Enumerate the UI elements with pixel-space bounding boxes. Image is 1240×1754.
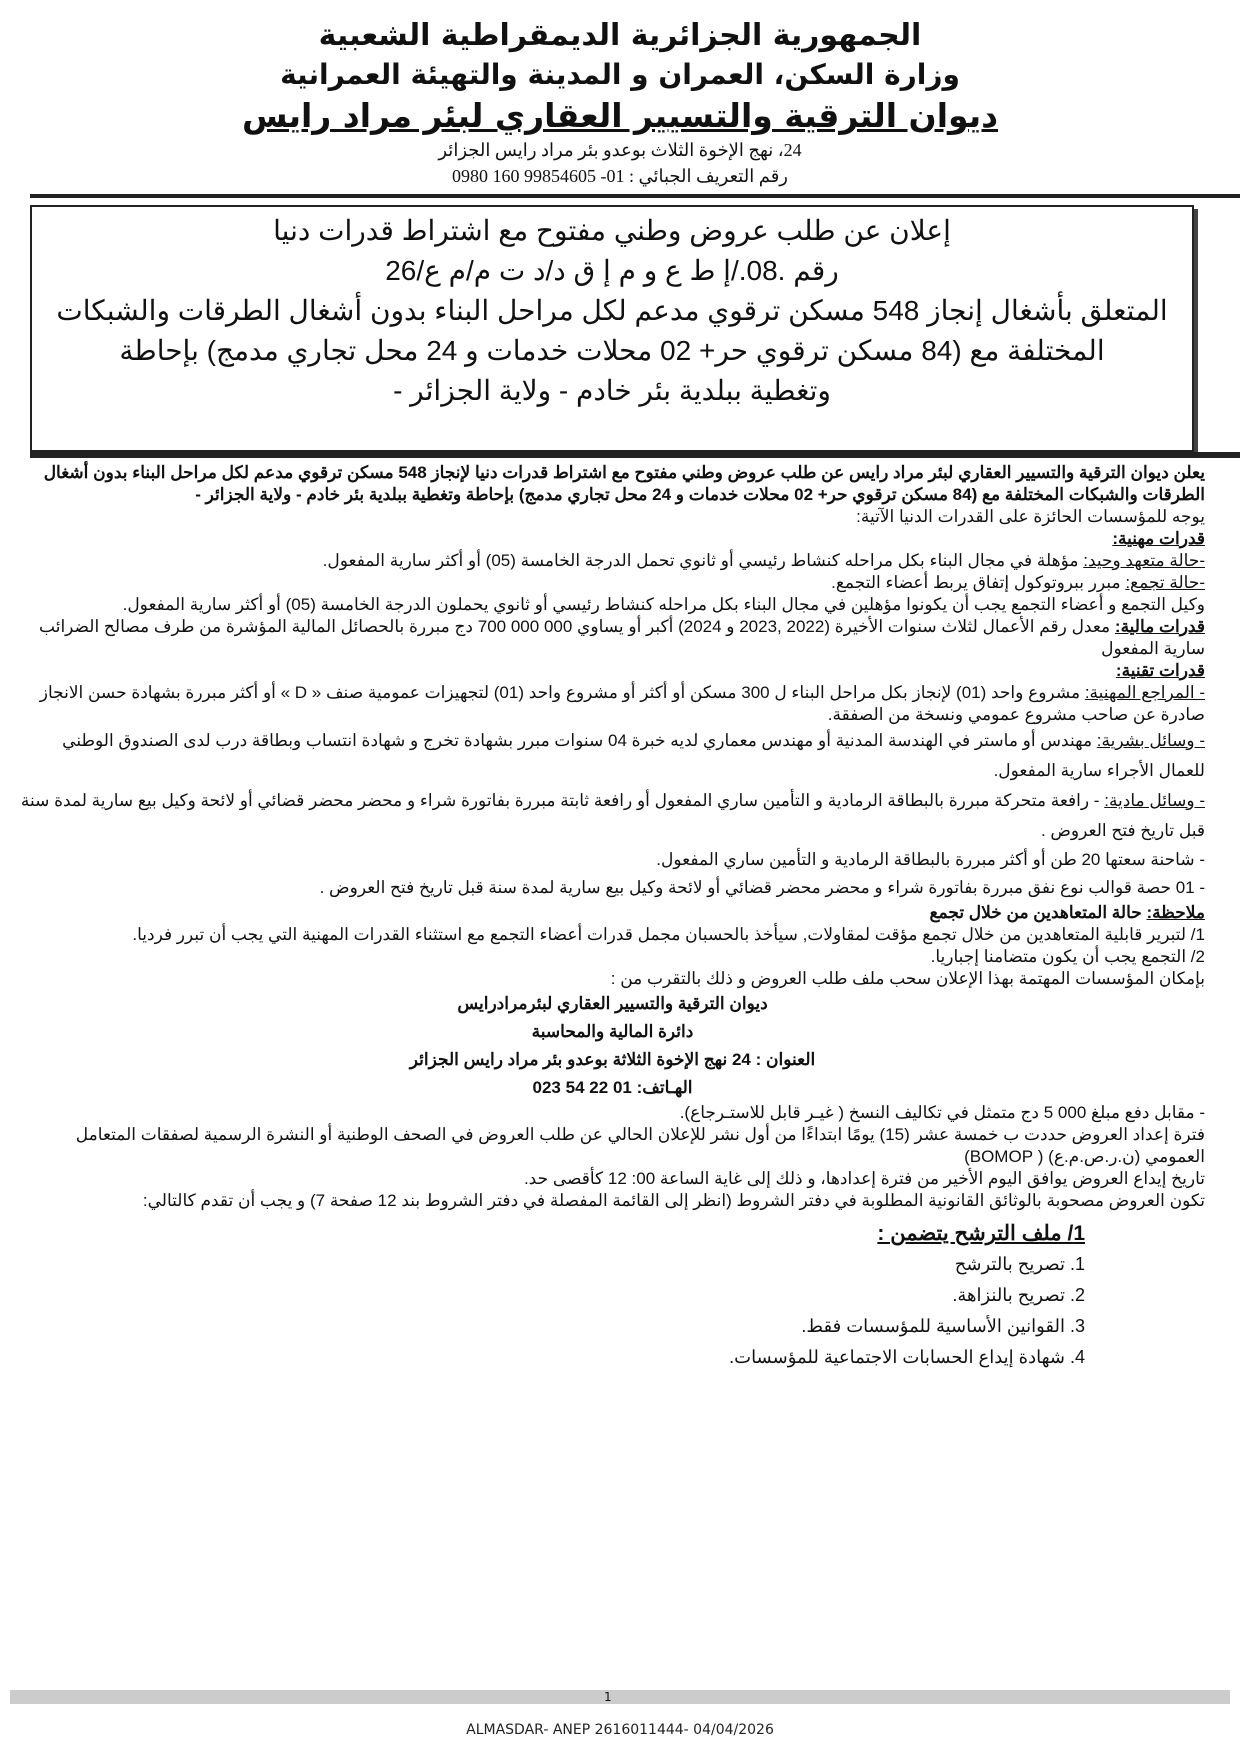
announcement-number: رقم .08./إ ط ع و م إ ق د/د ت م/م ع/26: [32, 251, 1192, 291]
ministry-heading: وزارة السكن، العمران و المدينة والتهيئة …: [240, 58, 1000, 91]
note-row: ملاحظة: حالة المتعاهدين من خلال تجمع: [20, 902, 1205, 924]
human-resources-text: مهندس أو ماستر في الهندسة المدنية أو مهن…: [62, 731, 1205, 780]
divider: [30, 452, 1240, 458]
candidacy-item: 4. شهادة إيداع الحسابات الاجتماعية للمؤس…: [20, 1342, 1085, 1373]
announcement-subject-1: المتعلق بأشغال إنجاز 548 مسكن ترقوي مدعم…: [32, 291, 1192, 331]
document-body: يعلن ديوان الترقية والتسيير العقاري لبئر…: [20, 462, 1205, 1373]
withdraw-text: بإمكان المؤسسات المهتمة بهذا الإعلان سحب…: [20, 968, 1205, 990]
references-row: - المراجع المهنية: مشروع واحد (01) لإنجا…: [20, 682, 1205, 726]
intro-paragraph: يعلن ديوان الترقية والتسيير العقاري لبئر…: [20, 462, 1205, 506]
candidacy-item: 3. القوانين الأساسية للمؤسسات فقط.: [20, 1311, 1085, 1342]
announcement-box: إعلان عن طلب عروض وطني مفتوح مع اشتراط ق…: [30, 205, 1194, 452]
tender-document: الجمهورية الجزائرية الديمقراطية الشعبية …: [0, 0, 1240, 1754]
single-bidder-label: -حالة متعهد وحيد:: [1083, 551, 1205, 570]
tax-id: رقم التعريف الجبائي : 01- 99854605 160 0…: [300, 166, 940, 187]
announcement-title: إعلان عن طلب عروض وطني مفتوح مع اشتراط ق…: [32, 211, 1192, 251]
republic-heading: الجمهورية الجزائرية الديمقراطية الشعبية: [240, 18, 1000, 53]
group-text: مبرر ببروتوكول إتفاق يربط أعضاء التجمع.: [831, 573, 1120, 592]
references-label: - المراجع المهنية:: [1085, 683, 1205, 702]
references-text: مشروع واحد (01) لإنجاز بكل مراحل البناء …: [40, 683, 1205, 724]
candidacy-heading: 1/ ملف الترشح يتضمن :: [20, 1218, 1085, 1249]
office-address: 24، نهج الإخوة الثلاث بوعدو بئر مراد راي…: [300, 140, 940, 161]
page-number: 1: [604, 1690, 612, 1704]
note-label: ملاحظة:: [1147, 903, 1205, 922]
financial-text: معدل رقم الأعمال لثلاث سنوات الأخيرة (20…: [39, 617, 1205, 658]
fee-text: - مقابل دفع مبلغ 000 5 دج متمثل في تكالي…: [20, 1102, 1205, 1124]
intro-requirements: يوجه للمؤسسات الحائزة على القدرات الدنيا…: [20, 506, 1205, 528]
announcement-subject-3: وتغطية ببلدية بئر خادم - ولاية الجزائر -: [32, 371, 1192, 411]
documents-text: تكون العروض مصحوبة بالوثائق القانونية ال…: [20, 1190, 1205, 1212]
withdraw-department: دائرة المالية والمحاسبة: [20, 1018, 1205, 1046]
withdraw-address: العنوان : 24 نهج الإخوة الثلاثة بوعدو بئ…: [20, 1046, 1205, 1074]
candidacy-item: 2. تصريح بالنزاهة.: [20, 1280, 1085, 1311]
group-members-text: وكيل التجمع و أعضاء التجمع يجب أن يكونوا…: [20, 594, 1205, 616]
period-text: فترة إعداد العروض حددت ب خمسة عشر (15) ي…: [20, 1124, 1205, 1168]
office-heading: ديوان الترقية والتسيير العقاري لبئر مراد…: [240, 96, 1000, 135]
page-bottom-band: [10, 1690, 1230, 1704]
human-resources-row: - وسائل بشرية: مهندس أو ماستر في الهندسة…: [20, 726, 1205, 786]
technical-heading: قدرات تقنية:: [20, 660, 1205, 682]
single-bidder-row: -حالة متعهد وحيد: مؤهلة في مجال البناء ب…: [20, 550, 1205, 572]
note-title: حالة المتعاهدين من خلال تجمع: [929, 903, 1141, 922]
withdraw-phone: الهـاتف: 01 22 54 023: [20, 1074, 1205, 1102]
announcement-subject-2: المختلفة مع (84 مسكن ترقوي حر+ 02 محلات …: [32, 331, 1192, 371]
group-label: -حالة تجمع:: [1125, 573, 1205, 592]
material-text: - رافعة متحركة مبررة بالبطاقة الرمادية و…: [21, 791, 1205, 840]
note-item-1: 1/ لتبرير قابلية المتعاهدين من خلال تجمع…: [20, 924, 1205, 946]
material-row: - وسائل مادية: - رافعة متحركة مبررة بالب…: [20, 786, 1205, 846]
candidacy-list: 1/ ملف الترشح يتضمن : 1. تصريح بالترشح 2…: [20, 1218, 1205, 1373]
source-footer: ALMASDAR- ANEP 2616011444- 04/04/2026: [0, 1722, 1240, 1738]
professional-heading: قدرات مهنية:: [20, 528, 1205, 550]
truck-item: - شاحنة سعتها 20 طن أو أكثر مبررة بالبطا…: [20, 846, 1205, 874]
material-label: - وسائل مادية:: [1104, 791, 1205, 810]
human-resources-label: - وسائل بشرية:: [1097, 731, 1205, 750]
financial-row: قدرات مالية: معدل رقم الأعمال لثلاث سنوا…: [20, 616, 1205, 660]
molds-item: - 01 حصة قوالب نوع نفق مبررة بفاتورة شرا…: [20, 874, 1205, 902]
candidacy-item: 1. تصريح بالترشح: [20, 1249, 1085, 1280]
withdraw-office: ديوان الترقية والتسيير العقاري لبئرمرادر…: [20, 990, 1205, 1018]
group-row: -حالة تجمع: مبرر ببروتوكول إتفاق يربط أع…: [20, 572, 1205, 594]
divider: [30, 194, 1240, 198]
note-item-2: 2/ التجمع يجب أن يكون متضامنا إجباريا.: [20, 946, 1205, 968]
single-bidder-text: مؤهلة في مجال البناء بكل مراحله كنشاط رئ…: [323, 551, 1079, 570]
deadline-text: تاريخ إيداع العروض يوافق اليوم الأخير من…: [20, 1168, 1205, 1190]
financial-label: قدرات مالية:: [1115, 617, 1205, 636]
